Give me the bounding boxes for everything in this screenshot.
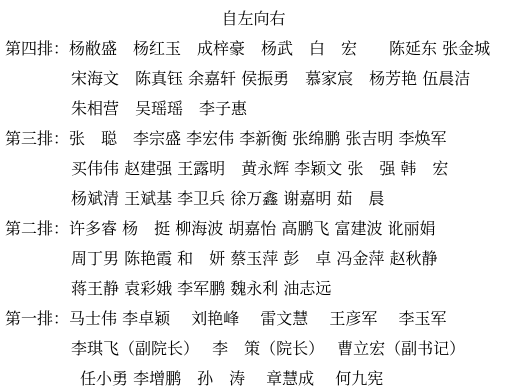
row-fourth: 第四排：杨敝盛 杨红玉 成梓豪 杨武 白 宏 陈延东 张金城 宋海文 陈真钰 余… [0, 34, 507, 124]
row-first-label: 第一排： [5, 309, 69, 328]
page-title: 自左向右 [0, 4, 507, 34]
row-third-line-1: 第三排：张 聪 李宗盛 李宏伟 李新衡 张绵鹏 张吉明 李焕军 [0, 124, 507, 154]
row-first-names-3: 任小勇 李增鹏 孙 涛 章慧成 何九宪 [0, 364, 507, 388]
row-third: 第三排：张 聪 李宗盛 李宏伟 李新衡 张绵鹏 张吉明 李焕军 买伟伟 赵建强 … [0, 124, 507, 214]
row-third-names-2: 买伟伟 赵建强 王露明 黄永辉 李颖文 张 强 韩 宏 [0, 154, 507, 184]
row-second-line-1: 第二排：许多睿 杨 挺 柳海波 胡嘉怡 高鹏飞 富建波 讹丽娟 [0, 214, 507, 244]
row-third-names-1: 张 聪 李宗盛 李宏伟 李新衡 张绵鹏 张吉明 李焕军 [69, 129, 446, 148]
row-first-names-1: 马士伟 李卓颖 刘艳峰 雷文慧 王彦军 李玉军 [69, 309, 446, 328]
row-second-names-2: 周丁男 陈艳霞 和 妍 蔡玉萍 彭 卓 冯金萍 赵秋静 [0, 244, 507, 274]
row-fourth-names-3: 朱相营 吴瑶瑶 李子惠 [0, 94, 507, 124]
row-fourth-line-1: 第四排：杨敝盛 杨红玉 成梓豪 杨武 白 宏 陈延东 张金城 [0, 34, 507, 64]
row-third-label: 第三排： [5, 129, 69, 148]
row-first-line-1: 第一排：马士伟 李卓颖 刘艳峰 雷文慧 王彦军 李玉军 [0, 304, 507, 334]
row-second-names-3: 蒋王静 袁彩娥 李军鹏 魏永利 油志远 [0, 274, 507, 304]
row-fourth-names-1: 杨敝盛 杨红玉 成梓豪 杨武 白 宏 陈延东 张金城 [69, 39, 490, 58]
row-fourth-label: 第四排： [5, 39, 69, 58]
row-fourth-names-2: 宋海文 陈真钰 余嘉轩 侯振勇 慕家宸 杨芳艳 伍晨洁 [0, 64, 507, 94]
row-second-label: 第二排： [5, 219, 69, 238]
name-list-document: 自左向右 第四排：杨敝盛 杨红玉 成梓豪 杨武 白 宏 陈延东 张金城 宋海文 … [0, 0, 507, 388]
row-second: 第二排：许多睿 杨 挺 柳海波 胡嘉怡 高鹏飞 富建波 讹丽娟 周丁男 陈艳霞 … [0, 214, 507, 304]
row-first: 第一排：马士伟 李卓颖 刘艳峰 雷文慧 王彦军 李玉军 李琪飞（副院长） 李 策… [0, 304, 507, 388]
row-second-names-1: 许多睿 杨 挺 柳海波 胡嘉怡 高鹏飞 富建波 讹丽娟 [69, 219, 436, 238]
row-first-names-2: 李琪飞（副院长） 李 策（院长） 曹立宏（副书记） [0, 334, 507, 364]
row-third-names-3: 杨斌清 王斌基 李卫兵 徐万鑫 谢嘉明 茹 晨 [0, 184, 507, 214]
